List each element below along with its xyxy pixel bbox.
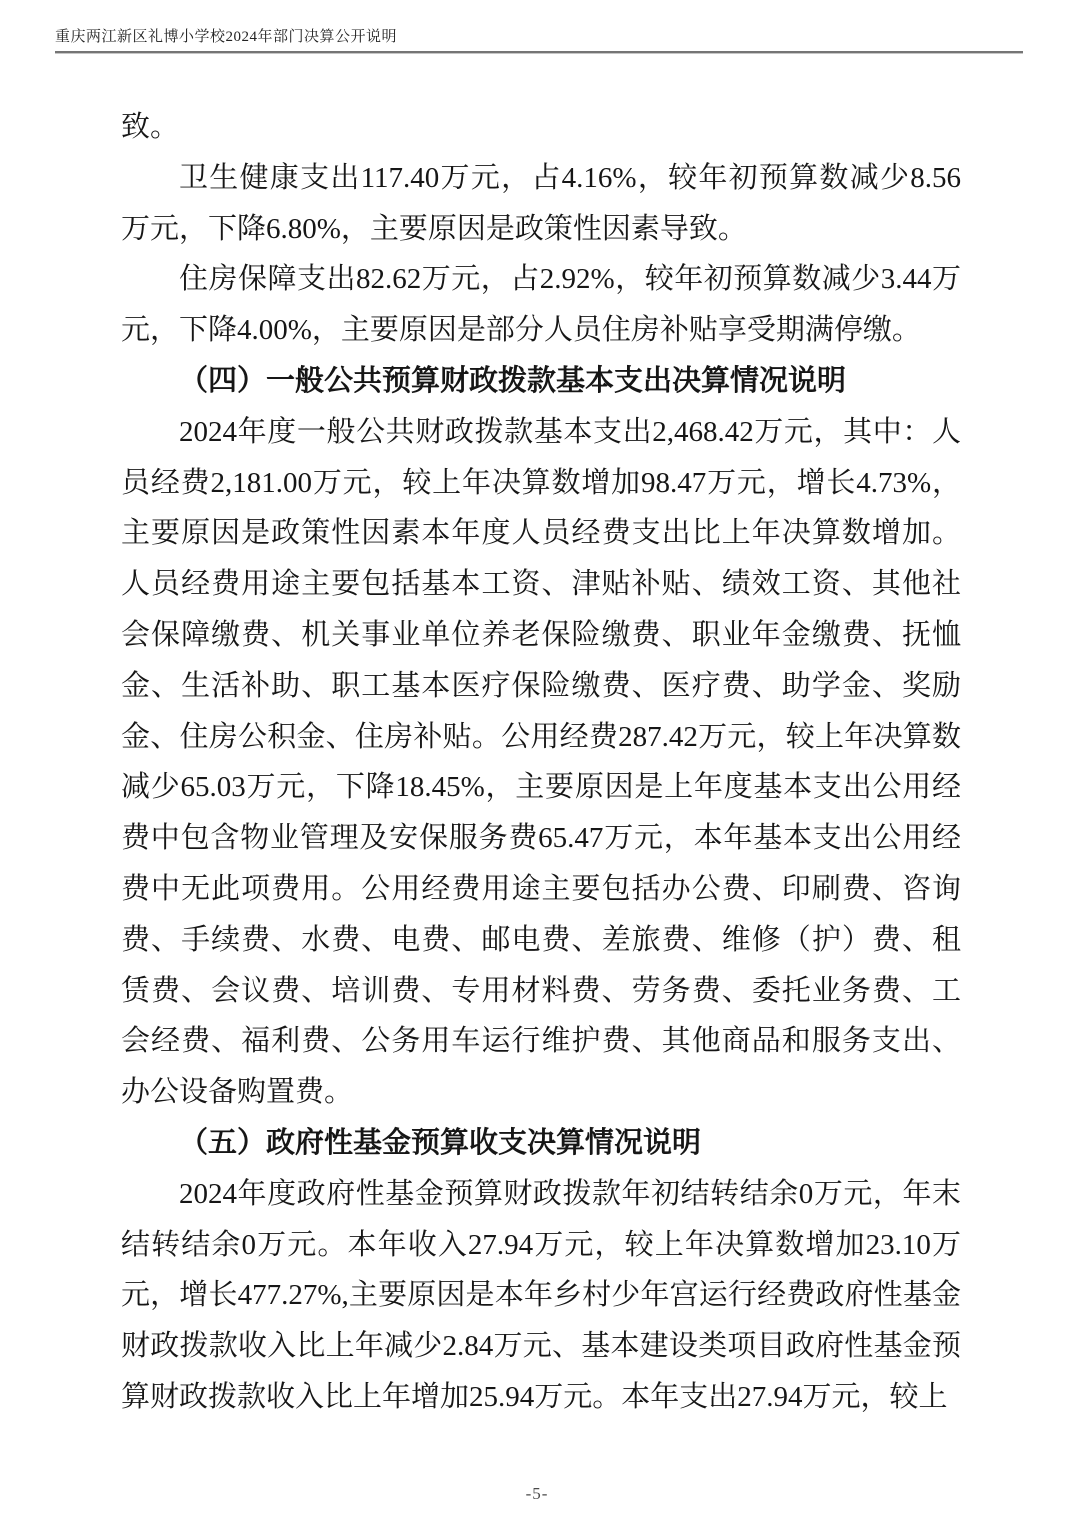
section-heading: （五）政府性基金预算收支决算情况说明 xyxy=(121,1118,961,1169)
body-paragraph: 住房保障支出82.62万元，占2.92%，较年初预算数减少3.44万元，下降4.… xyxy=(121,254,961,356)
page-footer: -5- xyxy=(0,1484,1074,1504)
header-title: 重庆两江新区礼博小学校2024年部门决算公开说明 xyxy=(55,28,1023,46)
body-paragraph: 卫生健康支出117.40万元，占4.16%，较年初预算数减少8.56万元，下降6… xyxy=(121,153,961,255)
page-header: 重庆两江新区礼博小学校2024年部门决算公开说明 xyxy=(55,28,1023,54)
body-paragraph: 2024年度一般公共财政拨款基本支出2,468.42万元，其中：人员经费2,18… xyxy=(121,407,961,1118)
body-paragraph: 2024年度政府性基金预算财政拨款年初结转结余0万元，年末结转结余0万元。本年收… xyxy=(121,1169,961,1423)
section-heading: （四）一般公共预算财政拨款基本支出决算情况说明 xyxy=(121,356,961,407)
header-rule xyxy=(55,51,1023,54)
body-paragraph: 致。 xyxy=(121,102,961,153)
document-body: 致。卫生健康支出117.40万元，占4.16%，较年初预算数减少8.56万元，下… xyxy=(121,102,961,1423)
page-number: -5- xyxy=(526,1484,549,1503)
document-page: 重庆两江新区礼博小学校2024年部门决算公开说明 致。卫生健康支出117.40万… xyxy=(0,0,1074,1520)
